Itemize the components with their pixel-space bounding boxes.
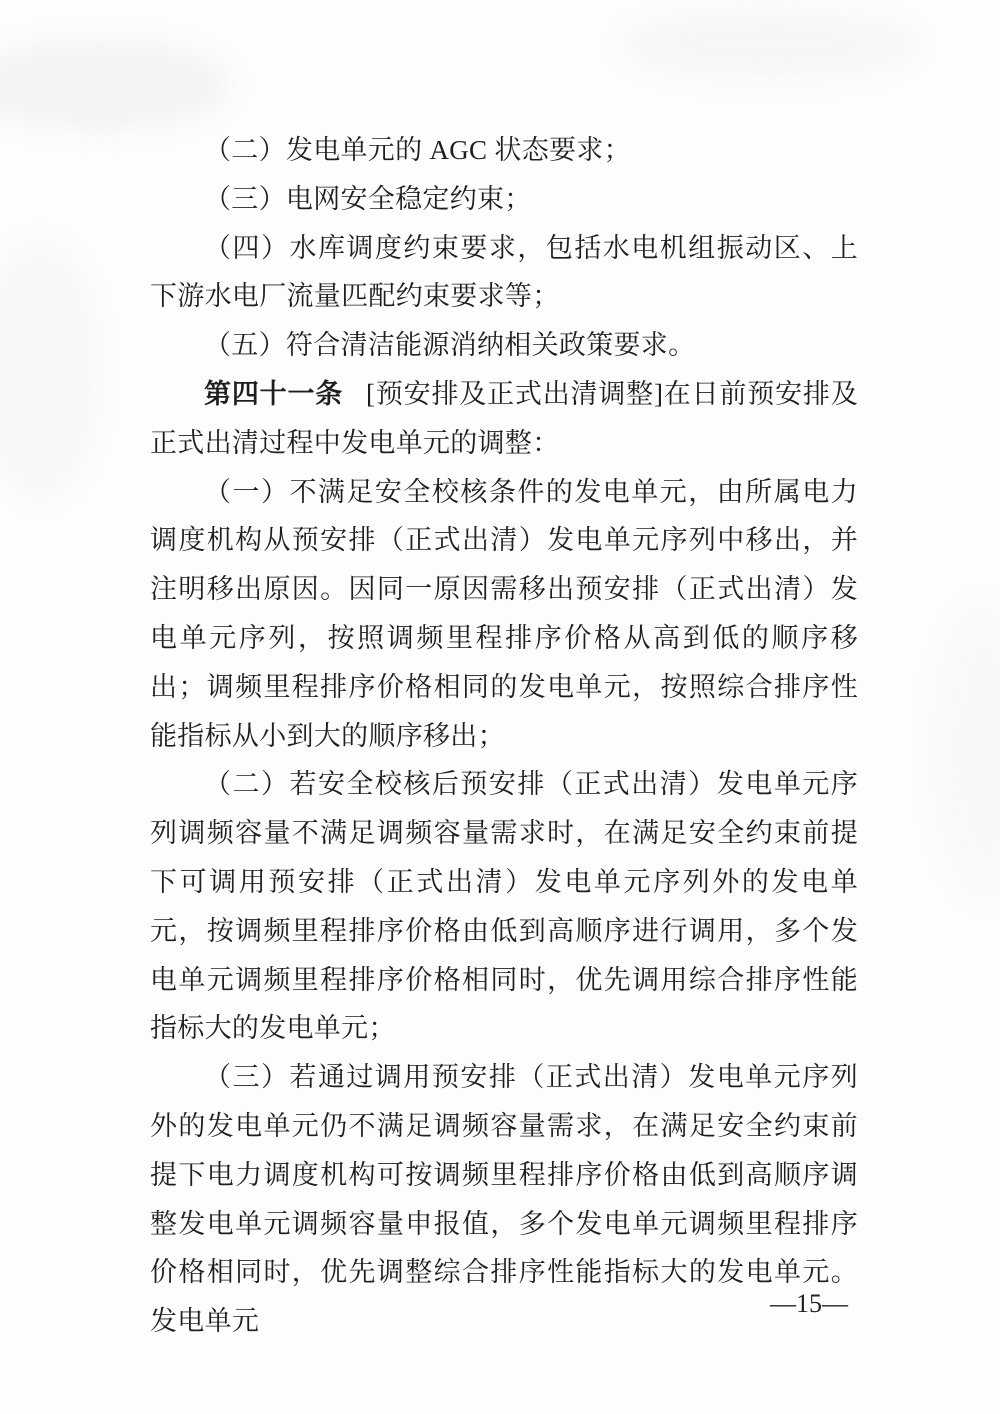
scan-noise [0, 40, 230, 130]
document-page: （二）发电单元的 AGC 状态要求； （三）电网安全稳定约束； （四）水库调度约… [0, 0, 1000, 1414]
paragraph-article-41: 第四十一条[预安排及正式出清调整]在日前预安排及正式出清过程中发电单元的调整： [150, 370, 858, 468]
paragraph-clause-2: （二）发电单元的 AGC 状态要求； [150, 126, 858, 175]
page-number: —15— [770, 1288, 848, 1320]
paragraph-item-1: （一）不满足安全校核条件的发电单元，由所属电力调度机构从预安排（正式出清）发电单… [150, 468, 858, 761]
paragraph-clause-4: （四）水库调度约束要求，包括水电机组振动区、上下游水电厂流量匹配约束要求等； [150, 224, 858, 322]
paragraph-clause-5: （五）符合清洁能源消纳相关政策要求。 [150, 321, 858, 370]
paragraph-item-2: （二）若安全校核后预安排（正式出清）发电单元序列调频容量不满足调频容量需求时，在… [150, 760, 858, 1053]
scan-noise [0, 240, 100, 500]
paragraph-clause-3: （三）电网安全稳定约束； [150, 175, 858, 224]
scan-noise [930, 600, 1000, 900]
article-number-heading: 第四十一条 [204, 379, 343, 409]
paragraph-item-3: （三）若通过调用预安排（正式出清）发电单元序列外的发电单元仍不满足调频容量需求，… [150, 1053, 858, 1346]
document-body: （二）发电单元的 AGC 状态要求； （三）电网安全稳定约束； （四）水库调度约… [150, 126, 858, 1346]
scan-noise [620, 10, 920, 80]
